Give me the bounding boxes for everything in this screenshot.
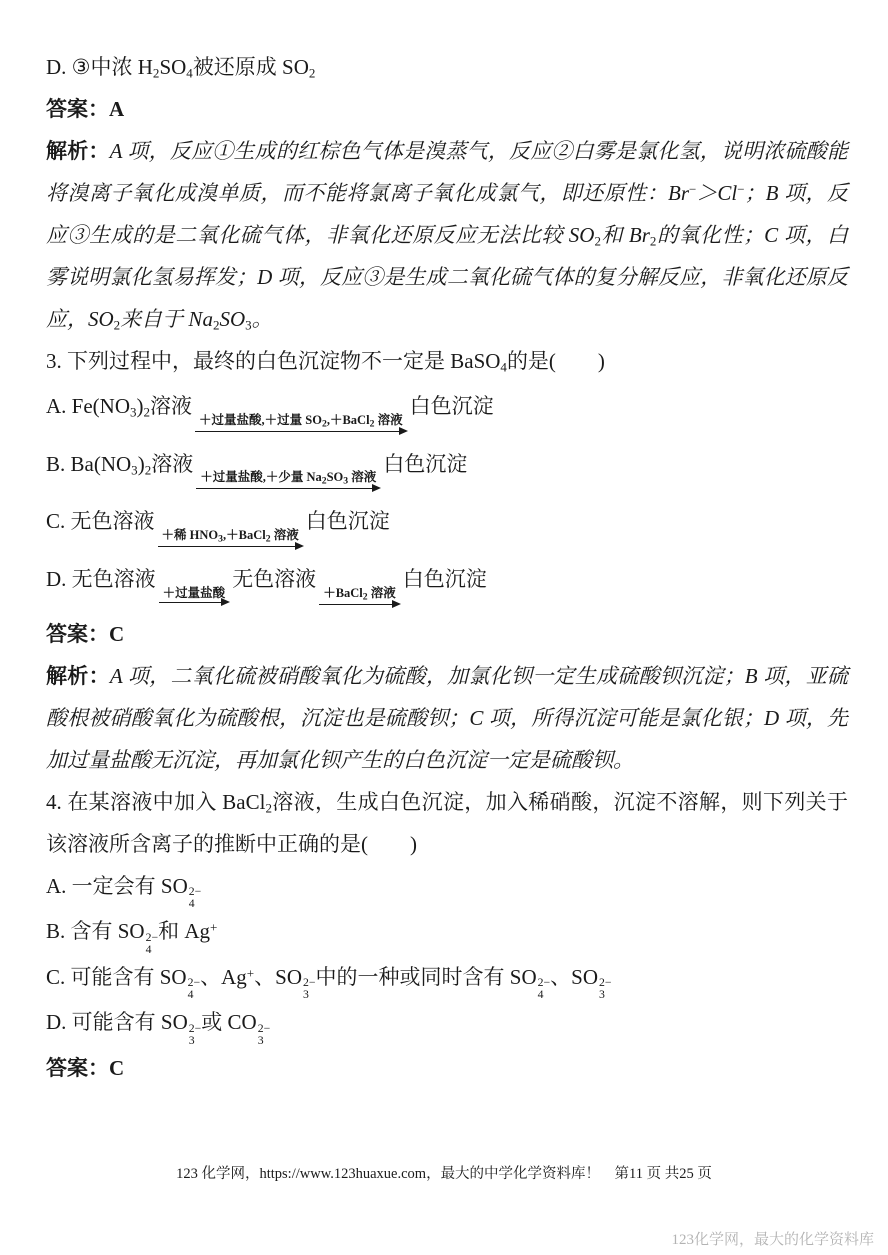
watermark-text: 123化学网，最大的化学资料库: [671, 1232, 874, 1248]
arrow-line: [196, 488, 380, 497]
q2-answer: 答案：A: [46, 88, 848, 130]
q4-option-b: B. 含有 SO2−4和 Ag+: [46, 910, 848, 956]
reaction-arrow: ＋过量盐酸,＋少量 Na2SO3 溶液: [196, 470, 380, 497]
ion-charge-stack: 2−4: [146, 932, 159, 956]
q4-option-a: A. 一定会有 SO2−4: [46, 865, 848, 911]
ion-charge-stack: 2−3: [599, 977, 612, 1001]
ion-charge-stack: 2−4: [189, 886, 202, 910]
reaction-arrow: ＋BaCl2 溶液: [319, 586, 400, 613]
ion-charge-stack: 2−3: [189, 1023, 202, 1047]
page-footer: 123 化学网，https://www.123huaxue.com，最大的中学化…: [0, 1162, 888, 1183]
q4-option-c: C. 可能含有 SO2−4、Ag+、SO2−3中的一种或同时含有 SO2−4、S…: [46, 956, 848, 1002]
reaction-conditions: ＋过量盐酸: [159, 586, 230, 602]
q3-stem: 3. 下列过程中，最终的白色沉淀物不一定是 BaSO4的是( ): [46, 340, 848, 382]
reaction-conditions: ＋过量盐酸,＋过量 SO2,＋BaCl2 溶液: [195, 413, 407, 431]
reaction-conditions: ＋稀 HNO3,＋BaCl2 溶液: [158, 528, 303, 546]
q4-option-d: D. 可能含有 SO2−3或 CO2−3: [46, 1001, 848, 1047]
arrow-line: [319, 604, 400, 613]
footer-text: 123 化学网，https://www.123huaxue.com，最大的中学化…: [176, 1166, 712, 1182]
reaction-arrow: ＋过量盐酸: [159, 586, 230, 611]
q3-option-c: C. 无色溶液＋稀 HNO3,＋BaCl2 溶液白色沉淀: [46, 497, 848, 555]
q3-analysis: 解析：A 项，二氧化硫被硝酸氧化为硫酸，加氯化钡一定生成硫酸钡沉淀；B 项，亚硫…: [46, 655, 848, 781]
arrow-line: [159, 602, 230, 611]
q4-stem: 4. 在某溶液中加入 BaCl2溶液，生成白色沉淀，加入稀硝酸，沉淀不溶解，则下…: [46, 781, 848, 865]
arrow-line: [195, 431, 407, 440]
reaction-conditions: ＋BaCl2 溶液: [319, 586, 400, 604]
q3-option-d: D. 无色溶液＋过量盐酸无色溶液＋BaCl2 溶液白色沉淀: [46, 555, 848, 613]
q3-option-b: B. Ba(NO3)2溶液＋过量盐酸,＋少量 Na2SO3 溶液白色沉淀: [46, 440, 848, 498]
q2-analysis: 解析：A 项，反应①生成的红棕色气体是溴蒸气，反应②白雾是氯化氢，说明浓硫酸能将…: [46, 130, 848, 340]
ion-charge-stack: 2−4: [188, 977, 201, 1001]
arrow-line: [158, 546, 303, 555]
q3-option-a: A. Fe(NO3)2溶液＋过量盐酸,＋过量 SO2,＋BaCl2 溶液白色沉淀: [46, 382, 848, 440]
reaction-arrow: ＋稀 HNO3,＋BaCl2 溶液: [158, 528, 303, 555]
reaction-conditions: ＋过量盐酸,＋少量 Na2SO3 溶液: [196, 470, 380, 488]
q4-answer: 答案：C: [46, 1047, 848, 1089]
reaction-arrow: ＋过量盐酸,＋过量 SO2,＋BaCl2 溶液: [195, 413, 407, 440]
q3-answer: 答案：C: [46, 613, 848, 655]
document-body: D. ③中浓 H2SO4被还原成 SO2答案：A解析：A 项，反应①生成的红棕色…: [46, 46, 848, 1089]
q2-option-d: D. ③中浓 H2SO4被还原成 SO2: [46, 46, 848, 88]
ion-charge-stack: 2−4: [538, 977, 551, 1001]
document-page: D. ③中浓 H2SO4被还原成 SO2答案：A解析：A 项，反应①生成的红棕色…: [0, 0, 888, 1255]
ion-charge-stack: 2−3: [303, 977, 316, 1001]
watermark: 123化学网，最大的化学资料库: [671, 1228, 874, 1249]
ion-charge-stack: 2−3: [258, 1023, 271, 1047]
